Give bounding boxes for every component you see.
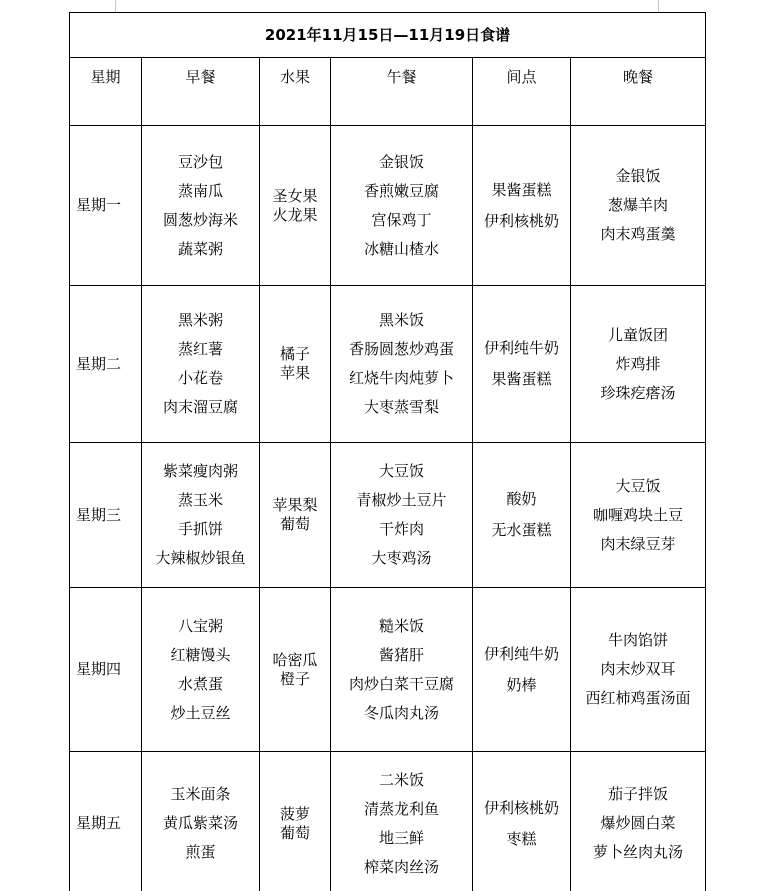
weekday-cell: 星期五 xyxy=(70,752,142,891)
fruit-item: 苹果梨 xyxy=(272,498,317,513)
breakfast-cell: 紫菜瘦肉粥蒸玉米手抓饼大辣椒炒银鱼 xyxy=(142,443,260,588)
lunch-item: 红烧牛肉炖萝卜 xyxy=(349,371,454,386)
snack-cell: 酸奶无水蛋糕 xyxy=(473,443,571,588)
dinner-cell: 茄子拌饭爆炒圆白菜萝卜丝肉丸汤 xyxy=(571,752,706,891)
breakfast-item: 水煮蛋 xyxy=(178,677,223,692)
snack-cell: 伊利纯牛奶奶棒 xyxy=(473,588,571,752)
dinner-item: 肉末炒双耳 xyxy=(601,662,676,677)
lunch-item: 榨菜肉丝汤 xyxy=(364,860,439,875)
lunch-cell: 二米饭清蒸龙利鱼地三鲜榨菜肉丝汤 xyxy=(331,752,473,891)
breakfast-item: 紫菜瘦肉粥 xyxy=(163,464,238,479)
weekday-cell: 星期三 xyxy=(70,443,142,588)
page-margin-guide-left xyxy=(115,0,116,12)
breakfast-item: 蔬菜粥 xyxy=(178,242,223,257)
header-breakfast: 早餐 xyxy=(142,58,260,126)
dinner-cell: 儿童饭团炸鸡排珍珠疙瘩汤 xyxy=(571,286,706,443)
lunch-item: 冬瓜肉丸汤 xyxy=(364,706,439,721)
breakfast-item: 蒸玉米 xyxy=(178,493,223,508)
snack-cell: 伊利纯牛奶果酱蛋糕 xyxy=(473,286,571,443)
dinner-item: 葱爆羊肉 xyxy=(608,198,668,213)
header-fruit: 水果 xyxy=(260,58,331,126)
header-dinner: 晚餐 xyxy=(571,58,706,126)
fruit-item: 菠萝 xyxy=(280,807,310,822)
weekday-cell: 星期二 xyxy=(70,286,142,443)
lunch-item: 金银饭 xyxy=(379,155,424,170)
header-lunch: 午餐 xyxy=(331,58,473,126)
breakfast-item: 玉米面条 xyxy=(170,787,230,802)
snack-item: 酸奶 xyxy=(506,492,536,507)
lunch-cell: 糙米饭酱猪肝肉炒白菜干豆腐冬瓜肉丸汤 xyxy=(331,588,473,752)
menu-row: 星期五玉米面条黄瓜紫菜汤煎蛋菠萝葡萄二米饭清蒸龙利鱼地三鲜榨菜肉丝汤伊利核桃奶枣… xyxy=(70,752,706,891)
dinner-item: 儿童饭团 xyxy=(608,328,668,343)
header-snack: 间点 xyxy=(473,58,571,126)
dinner-item: 牛肉馅饼 xyxy=(608,633,668,648)
dinner-cell: 牛肉馅饼肉末炒双耳西红柿鸡蛋汤面 xyxy=(571,588,706,752)
lunch-item: 香肠圆葱炒鸡蛋 xyxy=(349,342,454,357)
dinner-item: 肉末鸡蛋羹 xyxy=(601,227,676,242)
dinner-item: 爆炒圆白菜 xyxy=(601,816,676,831)
menu-row: 星期三紫菜瘦肉粥蒸玉米手抓饼大辣椒炒银鱼苹果梨葡萄大豆饭青椒炒土豆片干炸肉大枣鸡… xyxy=(70,443,706,588)
breakfast-item: 蒸红薯 xyxy=(178,342,223,357)
snack-item: 果酱蛋糕 xyxy=(491,183,551,198)
lunch-item: 地三鲜 xyxy=(379,831,424,846)
menu-row: 星期一豆沙包蒸南瓜圆葱炒海米蔬菜粥圣女果火龙果金银饭香煎嫩豆腐宫保鸡丁冰糖山楂水… xyxy=(70,126,706,286)
snack-cell: 果酱蛋糕伊利核桃奶 xyxy=(473,126,571,286)
fruit-cell: 苹果梨葡萄 xyxy=(260,443,331,588)
breakfast-cell: 豆沙包蒸南瓜圆葱炒海米蔬菜粥 xyxy=(142,126,260,286)
menu-row: 星期二黑米粥蒸红薯小花卷肉末溜豆腐橘子苹果黑米饭香肠圆葱炒鸡蛋红烧牛肉炖萝卜大枣… xyxy=(70,286,706,443)
fruit-item: 哈密瓜 xyxy=(272,653,317,668)
lunch-item: 冰糖山楂水 xyxy=(364,242,439,257)
snack-item: 伊利核桃奶 xyxy=(484,214,559,229)
breakfast-item: 黑米粥 xyxy=(178,313,223,328)
breakfast-item: 肉末溜豆腐 xyxy=(163,400,238,415)
breakfast-item: 豆沙包 xyxy=(178,155,223,170)
dinner-item: 珍珠疙瘩汤 xyxy=(601,386,676,401)
snack-item: 奶棒 xyxy=(506,678,536,693)
dinner-item: 炸鸡排 xyxy=(616,357,661,372)
fruit-item: 葡萄 xyxy=(280,826,310,841)
breakfast-item: 蒸南瓜 xyxy=(178,184,223,199)
menu-row: 星期四八宝粥红糖馒头水煮蛋炒土豆丝哈密瓜橙子糙米饭酱猪肝肉炒白菜干豆腐冬瓜肉丸汤… xyxy=(70,588,706,752)
breakfast-item: 煎蛋 xyxy=(185,845,215,860)
fruit-item: 火龙果 xyxy=(272,208,317,223)
breakfast-cell: 玉米面条黄瓜紫菜汤煎蛋 xyxy=(142,752,260,891)
fruit-cell: 菠萝葡萄 xyxy=(260,752,331,891)
weekday-cell: 星期一 xyxy=(70,126,142,286)
dinner-item: 茄子拌饭 xyxy=(608,787,668,802)
lunch-item: 干炸肉 xyxy=(379,522,424,537)
lunch-item: 酱猪肝 xyxy=(379,648,424,663)
breakfast-item: 黄瓜紫菜汤 xyxy=(163,816,238,831)
fruit-item: 橙子 xyxy=(280,672,310,687)
lunch-item: 香煎嫩豆腐 xyxy=(364,184,439,199)
dinner-item: 萝卜丝肉丸汤 xyxy=(593,845,683,860)
breakfast-item: 小花卷 xyxy=(178,371,223,386)
page-margin-guide-right xyxy=(658,0,659,12)
header-row: 星期 早餐 水果 午餐 间点 晚餐 xyxy=(70,58,706,126)
dinner-cell: 金银饭葱爆羊肉肉末鸡蛋羹 xyxy=(571,126,706,286)
lunch-item: 大枣鸡汤 xyxy=(371,551,431,566)
lunch-item: 大豆饭 xyxy=(379,464,424,479)
lunch-item: 青椒炒土豆片 xyxy=(356,493,446,508)
snack-item: 伊利纯牛奶 xyxy=(484,647,559,662)
dinner-item: 金银饭 xyxy=(616,169,661,184)
snack-item: 果酱蛋糕 xyxy=(491,372,551,387)
lunch-item: 清蒸龙利鱼 xyxy=(364,802,439,817)
lunch-cell: 大豆饭青椒炒土豆片干炸肉大枣鸡汤 xyxy=(331,443,473,588)
fruit-item: 圣女果 xyxy=(272,189,317,204)
header-weekday: 星期 xyxy=(70,58,142,126)
breakfast-cell: 黑米粥蒸红薯小花卷肉末溜豆腐 xyxy=(142,286,260,443)
fruit-cell: 圣女果火龙果 xyxy=(260,126,331,286)
fruit-cell: 哈密瓜橙子 xyxy=(260,588,331,752)
snack-item: 伊利核桃奶 xyxy=(484,801,559,816)
dinner-item: 咖喱鸡块土豆 xyxy=(593,508,683,523)
menu-title: 2021年11月15日—11月19日食谱 xyxy=(70,13,706,58)
fruit-item: 苹果 xyxy=(280,366,310,381)
lunch-item: 宫保鸡丁 xyxy=(371,213,431,228)
lunch-cell: 金银饭香煎嫩豆腐宫保鸡丁冰糖山楂水 xyxy=(331,126,473,286)
lunch-item: 糙米饭 xyxy=(379,619,424,634)
weekly-menu-table: 2021年11月15日—11月19日食谱 星期 早餐 水果 午餐 间点 晚餐 星… xyxy=(69,12,706,891)
snack-item: 枣糕 xyxy=(506,832,536,847)
fruit-item: 橘子 xyxy=(280,347,310,362)
snack-item: 伊利纯牛奶 xyxy=(484,341,559,356)
lunch-item: 黑米饭 xyxy=(379,313,424,328)
breakfast-item: 圆葱炒海米 xyxy=(163,213,238,228)
lunch-cell: 黑米饭香肠圆葱炒鸡蛋红烧牛肉炖萝卜大枣蒸雪梨 xyxy=(331,286,473,443)
lunch-item: 大枣蒸雪梨 xyxy=(364,400,439,415)
fruit-item: 葡萄 xyxy=(280,517,310,532)
weekday-cell: 星期四 xyxy=(70,588,142,752)
dinner-item: 大豆饭 xyxy=(616,479,661,494)
fruit-cell: 橘子苹果 xyxy=(260,286,331,443)
breakfast-item: 大辣椒炒银鱼 xyxy=(155,551,245,566)
snack-item: 无水蛋糕 xyxy=(491,523,551,538)
snack-cell: 伊利核桃奶枣糕 xyxy=(473,752,571,891)
breakfast-item: 炒土豆丝 xyxy=(170,706,230,721)
lunch-item: 肉炒白菜干豆腐 xyxy=(349,677,454,692)
dinner-cell: 大豆饭咖喱鸡块土豆肉末绿豆芽 xyxy=(571,443,706,588)
lunch-item: 二米饭 xyxy=(379,773,424,788)
breakfast-item: 手抓饼 xyxy=(178,522,223,537)
breakfast-cell: 八宝粥红糖馒头水煮蛋炒土豆丝 xyxy=(142,588,260,752)
breakfast-item: 红糖馒头 xyxy=(170,648,230,663)
breakfast-item: 八宝粥 xyxy=(178,619,223,634)
dinner-item: 肉末绿豆芽 xyxy=(601,537,676,552)
dinner-item: 西红柿鸡蛋汤面 xyxy=(586,691,691,706)
